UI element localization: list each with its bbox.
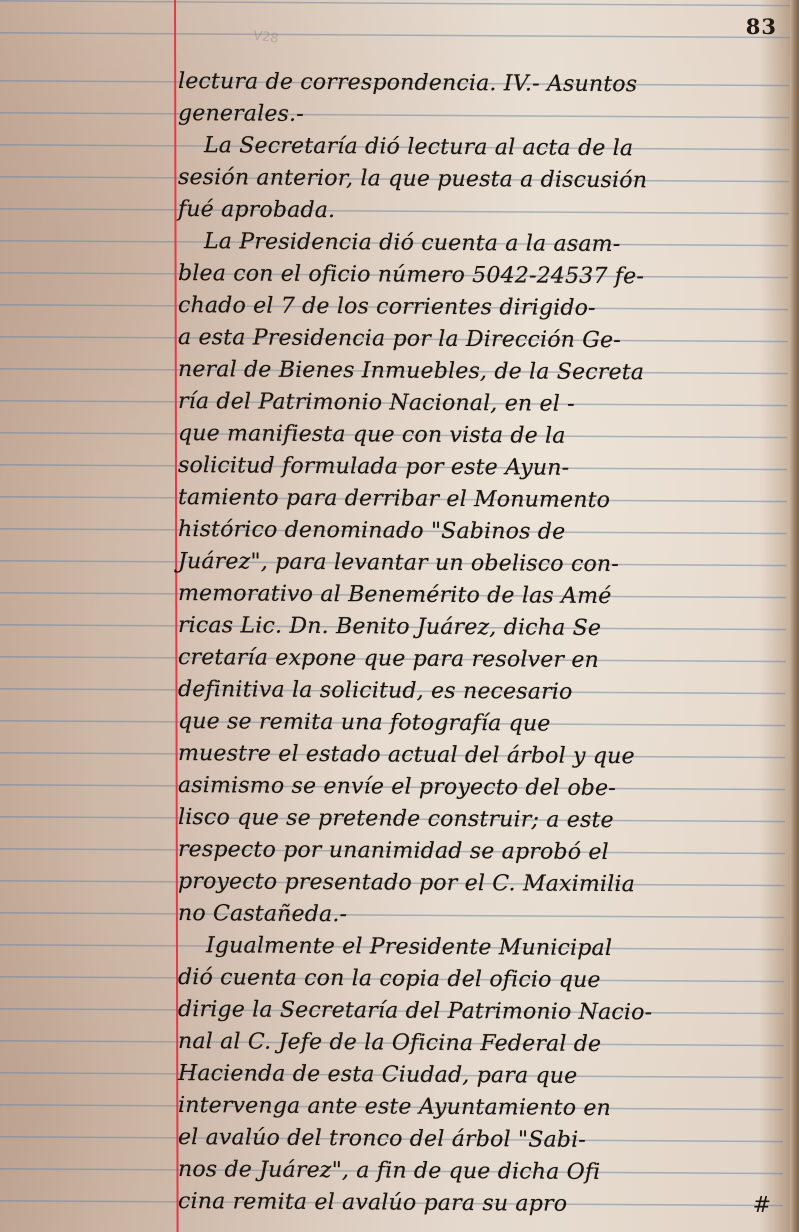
text-line: asimismo se envíe el proyecto del obe- (178, 770, 780, 806)
text-line: neral de Bienes Inmuebles, de la Secreta (178, 354, 780, 390)
text-line: a esta Presidencia por la Dirección Ge- (178, 322, 780, 358)
text-line: memorativo al Benemérito de las Amé (178, 578, 780, 614)
text-line: respecto por unanimidad se aprobó el (178, 834, 780, 870)
text-line: definitiva la solicitud, es necesario (178, 674, 780, 710)
text-line: Juárez", para levantar un obelisco con- (178, 546, 780, 582)
page-number: 83 (746, 14, 777, 39)
text-line: lectura de correspondencia. IV.- Asuntos (178, 66, 780, 102)
text-line: proyecto presentado por el C. Maximilia (178, 866, 780, 902)
ledger-page: 83 V28 lectura de correspondencia. IV.- … (0, 0, 799, 1232)
text-line: dirige la Secretaría del Patrimonio Naci… (178, 994, 780, 1030)
page-edge (790, 0, 799, 1232)
text-line: Hacienda de esta Ciudad, para que (178, 1058, 780, 1094)
text-line: La Presidencia dió cuenta a la asam- (178, 226, 780, 262)
text-line: que se remita una fotografía que (178, 706, 780, 742)
text-line: cina remita el avalúo para su apro (178, 1186, 780, 1222)
handwritten-minutes: lectura de correspondencia. IV.- Asuntos… (178, 66, 780, 1218)
text-line: solicitud formulada por este Ayun- (178, 450, 780, 486)
text-line: fué aprobada. (178, 194, 780, 230)
text-line: ría del Patrimonio Nacional, en el - (178, 386, 780, 422)
text-line: nos de Juárez", a fin de que dicha Ofi (178, 1154, 780, 1190)
text-line: nal al C. Jefe de la Oficina Federal de (178, 1026, 780, 1062)
text-line: lisco que se pretende construir; a este (178, 802, 780, 838)
text-line: chado el 7 de los corrientes dirigido- (178, 290, 780, 326)
text-line: histórico denominado "Sabinos de (178, 514, 780, 550)
text-line: blea con el oficio número 5042-24537 fe- (178, 258, 780, 294)
text-line: que manifiesta que con vista de la (178, 418, 780, 454)
text-line: ricas Lic. Dn. Benito Juárez, dicha Se (178, 610, 780, 646)
text-line: dió cuenta con la copia del oficio que (178, 962, 780, 998)
text-line: no Castañeda.- (178, 898, 780, 934)
text-line: tamiento para derribar el Monumento (178, 482, 780, 518)
continuation-mark: # (753, 1193, 771, 1218)
text-line: Igualmente el Presidente Municipal (178, 930, 780, 966)
text-line: La Secretaría dió lectura al acta de la (178, 130, 780, 166)
text-line: muestre el estado actual del árbol y que (178, 738, 780, 774)
text-line: intervenga ante este Ayuntamiento en (178, 1090, 780, 1126)
text-line: generales.- (178, 98, 780, 134)
text-line: el avalúo del tronco del árbol "Sabi- (178, 1122, 780, 1158)
text-line: sesión anterior, la que puesta a discusi… (178, 162, 780, 198)
text-line: cretaría expone que para resolver en (178, 642, 780, 678)
